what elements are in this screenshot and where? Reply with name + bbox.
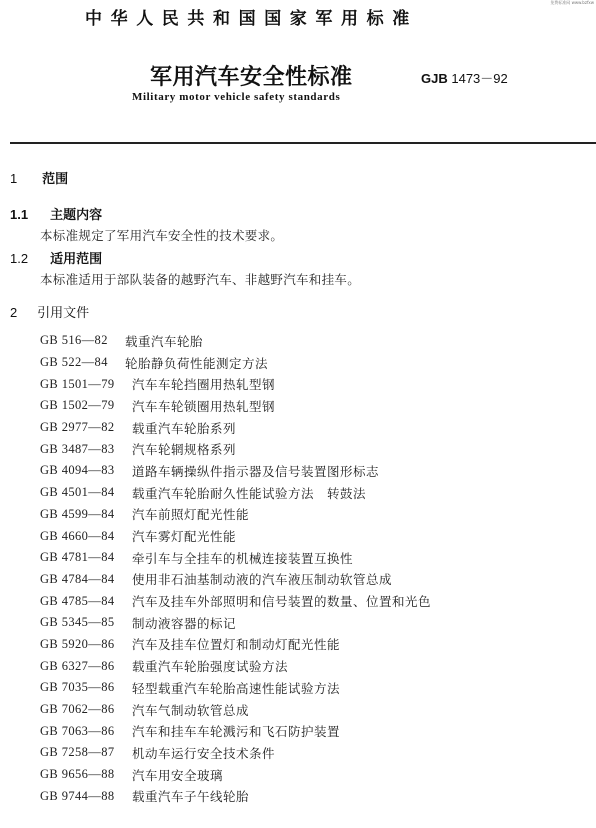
reference-name: 载重汽车轮胎系列 <box>132 419 236 437</box>
reference-item: GB 1501—79 汽车车轮挡圈用热轧型钢 <box>40 373 431 395</box>
reference-name: 轮胎静负荷性能测定方法 <box>125 354 268 372</box>
reference-name: 汽车车轮锁圈用热轧型钢 <box>132 397 275 415</box>
reference-item: GB 7035—86 轻型载重汽车轮胎高速性能试验方法 <box>40 677 431 699</box>
reference-item: GB 5920—86 汽车及挂车位置灯和制动灯配光性能 <box>40 634 431 656</box>
section-title: 范围 <box>42 172 68 187</box>
reference-item: GB 4660—84 汽车雾灯配光性能 <box>40 525 431 547</box>
section-number: 1 <box>10 171 38 186</box>
reference-name: 汽车和挂车车轮溅污和飞石防护装置 <box>132 722 340 740</box>
reference-name: 汽车车轮挡圈用热轧型钢 <box>132 375 275 393</box>
reference-code: GB 6327—86 <box>40 659 132 674</box>
reference-name: 制动液容器的标记 <box>132 614 236 632</box>
reference-code: GB 3487—83 <box>40 442 132 457</box>
reference-name: 载重汽车轮胎 <box>125 332 203 350</box>
section-1-2-heading: 1.2 适用范围 <box>10 248 102 267</box>
reference-code: GB 9656—88 <box>40 767 132 782</box>
reference-code: GB 7063—86 <box>40 724 132 739</box>
reference-name: 使用非石油基制动液的汽车液压制动软管总成 <box>132 570 392 588</box>
reference-item: GB 4599—84 汽车前照灯配光性能 <box>40 504 431 526</box>
reference-item: GB 1502—79 汽车车轮锁圈用热轧型钢 <box>40 395 431 417</box>
reference-code: GB 516—82 <box>40 333 125 348</box>
section-title: 适用范围 <box>50 252 102 267</box>
reference-name: 汽车雾灯配光性能 <box>132 527 236 545</box>
reference-name: 牵引车与全挂车的机械连接装置互换性 <box>132 549 353 567</box>
reference-name: 载重汽车轮胎强度试验方法 <box>132 657 288 675</box>
reference-code: GB 7035—86 <box>40 680 132 695</box>
standard-code-number: 1473－92 <box>451 71 507 86</box>
reference-item: GB 4501—84 载重汽车轮胎耐久性能试验方法 转鼓法 <box>40 482 431 504</box>
reference-code: GB 4094—83 <box>40 463 132 478</box>
reference-code: GB 4660—84 <box>40 529 132 544</box>
section-1-2-text: 本标准适用于部队装备的越野汽车、非越野汽车和挂车。 <box>40 270 360 288</box>
reference-name: 汽车气制动软管总成 <box>132 701 249 719</box>
reference-item: GB 6327—86 载重汽车轮胎强度试验方法 <box>40 655 431 677</box>
section-number: 2 <box>10 305 33 320</box>
reference-name: 汽车及挂车位置灯和制动灯配光性能 <box>132 635 340 653</box>
section-number: 1.1 <box>10 207 46 222</box>
reference-name: 汽车及挂车外部照明和信号装置的数量、位置和光色 <box>132 592 431 610</box>
reference-item: GB 2977—82 载重汽车轮胎系列 <box>40 417 431 439</box>
reference-item: GB 4784—84 使用非石油基制动液的汽车液压制动软管总成 <box>40 569 431 591</box>
reference-code: GB 4785—84 <box>40 594 132 609</box>
reference-code: GB 5345—85 <box>40 615 132 630</box>
referenced-documents-list: GB 516—82 载重汽车轮胎 GB 522—84 轮胎静负荷性能测定方法 G… <box>40 330 431 807</box>
reference-name: 载重汽车子午线轮胎 <box>132 787 249 805</box>
section-2-heading: 2 引用文件 <box>10 302 89 321</box>
reference-code: GB 2977—82 <box>40 420 132 435</box>
section-title: 主题内容 <box>50 208 102 223</box>
reference-item: GB 9744—88 载重汽车子午线轮胎 <box>40 785 431 807</box>
reference-item: GB 5345—85 制动液容器的标记 <box>40 612 431 634</box>
reference-code: GB 9744—88 <box>40 789 132 804</box>
reference-item: GB 4781—84 牵引车与全挂车的机械连接装置互换性 <box>40 547 431 569</box>
reference-name: 轻型载重汽车轮胎高速性能试验方法 <box>132 679 340 697</box>
reference-name: 道路车辆操纵件指示器及信号装置图形标志 <box>132 462 379 480</box>
standard-code-prefix: GJB <box>421 71 448 86</box>
reference-code: GB 4784—84 <box>40 572 132 587</box>
reference-name: 汽车轮辋规格系列 <box>132 440 236 458</box>
reference-name: 汽车用安全玻璃 <box>132 766 223 784</box>
watermark: 免费标准网 www.bzfxw <box>550 0 594 6</box>
section-title: 引用文件 <box>37 306 89 321</box>
standard-title: 军用汽车安全性标准 <box>150 60 353 91</box>
reference-code: GB 4599—84 <box>40 507 132 522</box>
reference-item: GB 3487—83 汽车轮辋规格系列 <box>40 438 431 460</box>
reference-name: 汽车前照灯配光性能 <box>132 505 249 523</box>
reference-item: GB 7258—87 机动车运行安全技术条件 <box>40 742 431 764</box>
reference-name: 机动车运行安全技术条件 <box>132 744 275 762</box>
reference-name: 载重汽车轮胎耐久性能试验方法 转鼓法 <box>132 484 366 502</box>
reference-item: GB 7063—86 汽车和挂车车轮溅污和飞石防护装置 <box>40 720 431 742</box>
reference-item: GB 516—82 载重汽车轮胎 <box>40 330 431 352</box>
reference-item: GB 4785—84 汽车及挂车外部照明和信号装置的数量、位置和光色 <box>40 590 431 612</box>
reference-code: GB 522—84 <box>40 355 125 370</box>
reference-item: GB 522—84 轮胎静负荷性能测定方法 <box>40 352 431 374</box>
section-1-1-text: 本标准规定了军用汽车安全性的技术要求。 <box>40 226 283 244</box>
section-1-1-heading: 1.1 主题内容 <box>10 204 102 223</box>
national-standard-header: 中华人民共和国国家军用标准 <box>85 4 418 29</box>
section-number: 1.2 <box>10 251 46 266</box>
standard-subtitle-en: Military motor vehicle safety standards <box>132 91 340 103</box>
reference-code: GB 5920—86 <box>40 637 132 652</box>
header-divider <box>10 142 596 144</box>
reference-code: GB 4501—84 <box>40 485 132 500</box>
reference-code: GB 7062—86 <box>40 702 132 717</box>
reference-code: GB 1502—79 <box>40 398 132 413</box>
section-1-heading: 1 范围 <box>10 168 68 187</box>
reference-item: GB 9656—88 汽车用安全玻璃 <box>40 764 431 786</box>
reference-code: GB 1501—79 <box>40 377 132 392</box>
reference-code: GB 7258—87 <box>40 745 132 760</box>
reference-item: GB 7062—86 汽车气制动软管总成 <box>40 699 431 721</box>
reference-item: GB 4094—83 道路车辆操纵件指示器及信号装置图形标志 <box>40 460 431 482</box>
standard-code: GJB 1473－92 <box>421 68 508 87</box>
reference-code: GB 4781—84 <box>40 550 132 565</box>
